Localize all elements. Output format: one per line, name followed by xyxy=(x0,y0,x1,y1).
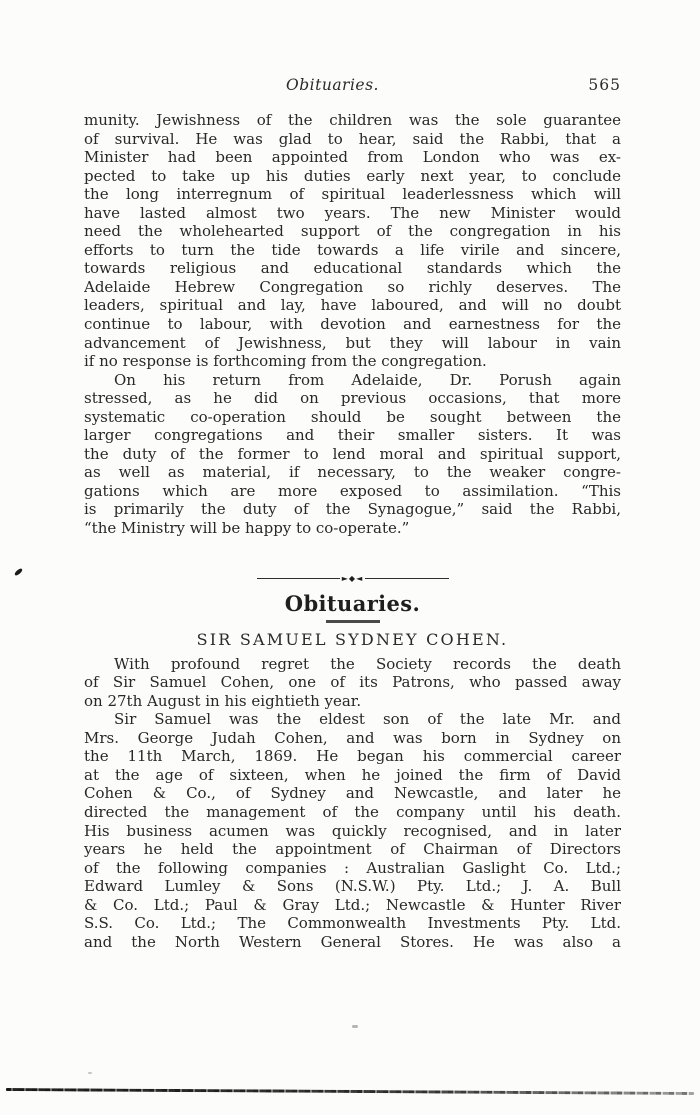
text-line: On his return from Adelaide, Dr. Porush … xyxy=(84,371,621,390)
text-line: His business acumen was quickly recognis… xyxy=(84,822,621,841)
text-line: the duty of the former to lend moral and… xyxy=(84,445,621,464)
section-divider: ►◆◄ xyxy=(257,574,449,584)
scan-speck xyxy=(88,1072,92,1074)
text-line: “the Ministry will be happy to co-operat… xyxy=(84,519,621,538)
text-line: towards religious and educational standa… xyxy=(84,259,621,278)
text-line: pected to take up his duties early next … xyxy=(84,167,621,186)
text-line: munity. Jewishness of the children was t… xyxy=(84,111,621,130)
scan-speck xyxy=(352,1025,358,1028)
text-line: systematic co-operation should be sought… xyxy=(84,408,621,427)
paragraph: Sir Samuel was the eldest son of the lat… xyxy=(84,710,621,951)
paragraph: On his return from Adelaide, Dr. Porush … xyxy=(84,371,621,538)
text-line: S.S. Co. Ltd.; The Commonwealth Investme… xyxy=(84,914,621,933)
page-edge-artifact xyxy=(6,1088,694,1095)
text-line: Minister had been appointed from London … xyxy=(84,148,621,167)
text-line: have lasted almost two years. The new Mi… xyxy=(84,204,621,223)
text-line: of Sir Samuel Cohen, one of its Patrons,… xyxy=(84,673,621,692)
page-body: munity. Jewishness of the children was t… xyxy=(84,111,621,951)
text-line: if no response is forthcoming from the c… xyxy=(84,352,621,371)
text-line: efforts to turn the tide towards a life … xyxy=(84,241,621,260)
divider-ornament-icon: ►◆◄ xyxy=(340,574,365,584)
text-line: Mrs. George Judah Cohen, and was born in… xyxy=(84,729,621,748)
text-line: the long interregnum of spiritual leader… xyxy=(84,185,621,204)
obituaries-heading: Obituaries. xyxy=(84,592,621,616)
divider-line xyxy=(257,578,340,580)
heading-rule xyxy=(326,620,380,623)
text-line: of the following companies : Australian … xyxy=(84,859,621,878)
text-line: of survival. He was glad to hear, said t… xyxy=(84,130,621,149)
text-line: With profound regret the Society records… xyxy=(84,655,621,674)
text-line: Adelaide Hebrew Congregation so richly d… xyxy=(84,278,621,297)
obituary-subheading: SIR SAMUEL SYDNEY COHEN. xyxy=(84,630,621,649)
text-line: gations which are more exposed to assimi… xyxy=(84,482,621,501)
document-page: Obituaries. 565 munity. Jewishness of th… xyxy=(0,0,700,1115)
text-line: as well as material, if necessary, to th… xyxy=(84,463,621,482)
text-line: stressed, as he did on previous occasion… xyxy=(84,389,621,408)
text-line: Edward Lumley & Sons (N.S.W.) Pty. Ltd.;… xyxy=(84,877,621,896)
text-line: larger congregations and their smaller s… xyxy=(84,426,621,445)
text-line: years he held the appointment of Chairma… xyxy=(84,840,621,859)
text-line: and the North Western General Stores. He… xyxy=(84,933,621,952)
text-line: Sir Samuel was the eldest son of the lat… xyxy=(84,710,621,729)
text-line: the 11th March, 1869. He began his comme… xyxy=(84,747,621,766)
text-line: advancement of Jewishness, but they will… xyxy=(84,334,621,353)
text-line: at the age of sixteen, when he joined th… xyxy=(84,766,621,785)
text-line: directed the management of the company u… xyxy=(84,803,621,822)
page-number: 565 xyxy=(588,76,621,94)
text-line: continue to labour, with devotion and ea… xyxy=(84,315,621,334)
text-line: on 27th August in his eightieth year. xyxy=(84,692,621,711)
text-line: Cohen & Co., of Sydney and Newcastle, an… xyxy=(84,784,621,803)
paragraph: With profound regret the Society records… xyxy=(84,655,621,711)
text-line: need the wholehearted support of the con… xyxy=(84,222,621,241)
paragraph: munity. Jewishness of the children was t… xyxy=(84,111,621,371)
running-head-title: Obituaries. xyxy=(84,76,581,94)
running-head: Obituaries. 565 xyxy=(84,76,621,98)
divider-line xyxy=(365,578,448,580)
ink-mark xyxy=(14,568,24,577)
text-line: & Co. Ltd.; Paul & Gray Ltd.; Newcastle … xyxy=(84,896,621,915)
text-line: is primarily the duty of the Synagogue,”… xyxy=(84,500,621,519)
text-line: leaders, spiritual and lay, have laboure… xyxy=(84,296,621,315)
